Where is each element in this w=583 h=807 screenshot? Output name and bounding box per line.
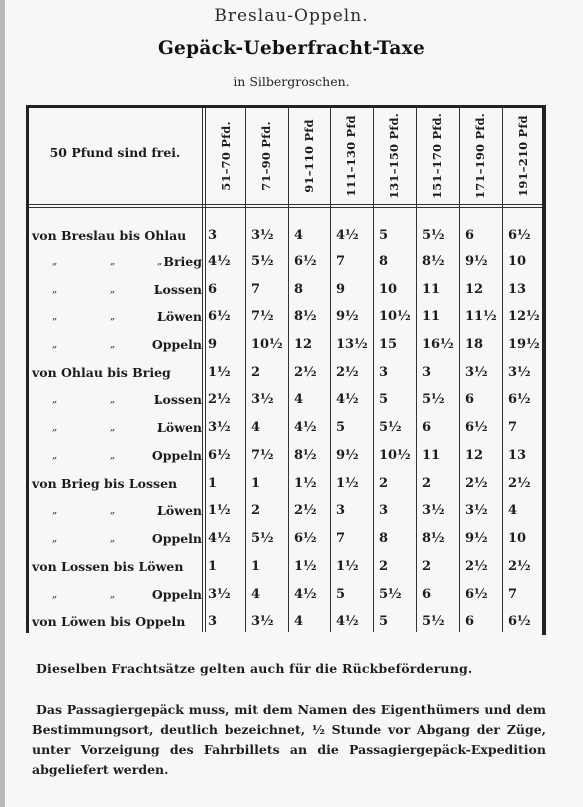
column-header: 191–210 Pfd	[503, 109, 543, 203]
page-edge-shadow	[0, 0, 5, 807]
ditto-mark: „	[110, 389, 115, 411]
rate-cell: 5½	[422, 611, 445, 633]
rate-cell: 3	[379, 362, 388, 384]
rate-cell: 2½	[465, 556, 488, 578]
table-row: von Ohlau bis Brieg1½22½2½333½3½	[29, 362, 542, 384]
rate-cell: 12	[465, 279, 483, 301]
column-header-label: 151–170 Pfd.	[430, 113, 444, 199]
rate-cell: 4	[251, 417, 260, 439]
column-header-label: 191–210 Pfd	[516, 115, 530, 197]
ditto-mark: „	[110, 306, 115, 328]
rate-cell: 4	[508, 500, 517, 522]
route-label: „„„Oppeln	[32, 334, 202, 356]
rate-cell: 10½	[379, 306, 411, 328]
rate-cell: 8½	[422, 528, 445, 550]
rate-cell: 2½	[294, 500, 317, 522]
rate-cell: 16½	[422, 334, 454, 356]
rate-cell: 2½	[508, 473, 531, 495]
table-border-top	[26, 105, 546, 108]
rate-cell: 6½	[294, 251, 317, 273]
ditto-mark: „	[52, 334, 57, 356]
column-header-label: 131–150 Pfd.	[387, 113, 401, 199]
ditto-mark: „	[110, 584, 115, 606]
rate-cell: 10½	[251, 334, 283, 356]
rate-cell: 10	[508, 251, 526, 273]
rate-cell: 3	[208, 611, 217, 633]
rate-cell: 5	[336, 584, 345, 606]
ditto-mark: „	[52, 417, 57, 439]
rate-cell: 1	[208, 473, 217, 495]
tariff-title: Gepäck-Ueberfracht-Taxe	[0, 38, 583, 59]
rate-cell: 4½	[208, 528, 231, 550]
rate-cell: 6	[465, 611, 474, 633]
column-header: 131–150 Pfd.	[374, 109, 414, 203]
rate-cell: 11	[422, 306, 440, 328]
rate-cell: 1½	[336, 473, 359, 495]
rate-cell: 7	[508, 584, 517, 606]
rate-cell: 3½	[208, 584, 231, 606]
rate-cell: 8	[379, 528, 388, 550]
table-row: „„„Löwen1½22½333½3½4	[29, 500, 542, 522]
return-rates-note: Dieselben Frachtsätze gelten auch für di…	[36, 661, 556, 676]
rate-cell: 3	[208, 225, 217, 247]
rate-cell: 9½	[336, 445, 359, 467]
rate-cell: 10	[379, 279, 397, 301]
rate-cell: 6	[422, 417, 431, 439]
route-destination: Oppeln	[152, 584, 202, 606]
rate-cell: 3½	[422, 500, 445, 522]
rate-cell: 4½	[294, 417, 317, 439]
column-header-label: 111–130 Pfd	[344, 115, 358, 197]
rate-cell: 2	[422, 473, 431, 495]
luggage-rule-note: Das Passagiergepäck muss, mit dem Namen …	[32, 700, 546, 780]
rate-cell: 9½	[336, 306, 359, 328]
rate-cell: 13½	[336, 334, 368, 356]
rate-cell: 1	[251, 556, 260, 578]
rate-cell: 12	[465, 445, 483, 467]
rate-cell: 5½	[251, 528, 274, 550]
rate-cell: 6½	[208, 306, 231, 328]
table-row: von Brieg bis Lossen111½1½222½2½	[29, 473, 542, 495]
route-origin-destination: von Ohlau bis Brieg	[32, 365, 171, 380]
ditto-mark: „	[110, 417, 115, 439]
currency-note: in Silbergroschen.	[0, 74, 583, 89]
column-header-label: 171–190 Pfd.	[473, 113, 487, 199]
rate-cell: 10½	[379, 445, 411, 467]
route-origin-destination: von Breslau bis Ohlau	[32, 228, 186, 243]
rate-cell: 7	[508, 417, 517, 439]
header-divider	[29, 204, 542, 208]
rate-cell: 11½	[465, 306, 497, 328]
rate-cell: 1½	[336, 556, 359, 578]
column-header-label: 91–110 Pfd	[302, 119, 316, 192]
table-row: „„„Löwen3½44½55½66½7	[29, 417, 542, 439]
table-row: „„„Oppeln910½1213½1516½1819½	[29, 334, 542, 356]
rate-cell: 6½	[208, 445, 231, 467]
ditto-mark: „	[52, 389, 57, 411]
route-destination: Lossen	[154, 389, 202, 411]
ditto-mark: „	[157, 251, 162, 273]
rate-cell: 3½	[251, 389, 274, 411]
rate-cell: 8½	[294, 306, 317, 328]
rate-cell: 4	[251, 584, 260, 606]
ditto-mark: „	[52, 251, 57, 273]
route-label: „„„Brieg	[32, 251, 202, 273]
rate-cell: 4	[294, 611, 303, 633]
free-allowance-label: 50 Pfund sind frei.	[29, 145, 201, 160]
rate-cell: 3	[422, 362, 431, 384]
rate-cell: 1½	[294, 556, 317, 578]
ditto-mark: „	[52, 528, 57, 550]
ditto-mark: „	[110, 528, 115, 550]
route-destination: Lossen	[154, 279, 202, 301]
ditto-mark: „	[110, 251, 115, 273]
rate-cell: 11	[422, 445, 440, 467]
rate-cell: 2	[379, 556, 388, 578]
rate-cell: 4½	[208, 251, 231, 273]
column-header: 71–90 Pfd.	[246, 109, 286, 203]
ditto-mark: „	[52, 584, 57, 606]
rate-cell: 4½	[294, 584, 317, 606]
rate-cell: 5½	[422, 389, 445, 411]
rate-cell: 7½	[251, 306, 274, 328]
route-origin-destination: von Lossen bis Löwen	[32, 559, 183, 574]
rate-cell: 7	[336, 528, 345, 550]
table-row: „„„Lossen2½3½44½55½66½	[29, 389, 542, 411]
route-destination: Oppeln	[152, 445, 202, 467]
rate-cell: 8	[379, 251, 388, 273]
rate-cell: 1	[208, 556, 217, 578]
ditto-mark: „	[52, 445, 57, 467]
route-destination: Brieg	[163, 251, 202, 273]
rate-cell: 7	[336, 251, 345, 273]
table-row: von Breslau bis Ohlau33½44½55½66½	[29, 225, 542, 247]
rate-cell: 2½	[508, 556, 531, 578]
table-row: „„„Oppeln3½44½55½66½7	[29, 584, 542, 606]
rate-cell: 5	[379, 389, 388, 411]
rate-cell: 10	[508, 528, 526, 550]
table-row: von Löwen bis Oppeln33½44½55½66½	[29, 611, 542, 633]
rate-cell: 6½	[294, 528, 317, 550]
column-header: 51–70 Pfd.	[206, 109, 246, 203]
rate-cell: 6	[422, 584, 431, 606]
route-title: Breslau-Oppeln.	[0, 6, 583, 26]
rate-cell: 2	[379, 473, 388, 495]
ditto-mark: „	[52, 500, 57, 522]
column-header-label: 51–70 Pfd.	[219, 121, 233, 190]
rate-cell: 1½	[294, 473, 317, 495]
route-destination: Löwen	[157, 500, 202, 522]
route-destination: Oppeln	[152, 528, 202, 550]
rate-cell: 15	[379, 334, 397, 356]
column-header: 111–130 Pfd	[331, 109, 371, 203]
rate-cell: 8½	[422, 251, 445, 273]
rate-cell: 2	[251, 362, 260, 384]
rate-cell: 9½	[465, 251, 488, 273]
rate-cell: 8	[294, 279, 303, 301]
rate-cell: 4½	[336, 611, 359, 633]
table-row: „„„Löwen6½7½8½9½10½1111½12½	[29, 306, 542, 328]
route-label: „„„Lossen	[32, 389, 202, 411]
table-row: „„„Oppeln6½7½8½9½10½111213	[29, 445, 542, 467]
route-label: von Löwen bis Oppeln	[32, 611, 202, 633]
column-header: 171–190 Pfd.	[460, 109, 500, 203]
rate-cell: 5	[379, 225, 388, 247]
rate-cell: 2½	[465, 473, 488, 495]
rate-cell: 6½	[508, 225, 531, 247]
rate-cell: 6	[465, 225, 474, 247]
rate-cell: 3½	[508, 362, 531, 384]
route-label: „„„Lossen	[32, 279, 202, 301]
rate-cell: 2	[251, 500, 260, 522]
rate-cell: 2½	[208, 389, 231, 411]
route-destination: Oppeln	[152, 334, 202, 356]
route-label: „„„Oppeln	[32, 445, 202, 467]
route-label: „„„Oppeln	[32, 528, 202, 550]
rate-cell: 6	[465, 389, 474, 411]
table-row: „„„Brieg4½5½6½788½9½10	[29, 251, 542, 273]
rate-cell: 6½	[508, 389, 531, 411]
rate-cell: 6½	[508, 611, 531, 633]
ditto-mark: „	[110, 279, 115, 301]
rate-cell: 12	[294, 334, 312, 356]
rate-cell: 3½	[465, 500, 488, 522]
column-header: 91–110 Pfd	[289, 109, 329, 203]
column-header-label: 71–90 Pfd.	[259, 121, 273, 190]
rate-cell: 6½	[465, 417, 488, 439]
rate-cell: 5	[336, 417, 345, 439]
rate-cell: 7½	[251, 445, 274, 467]
route-destination: Löwen	[157, 306, 202, 328]
rate-cell: 8½	[294, 445, 317, 467]
rate-cell: 19½	[508, 334, 540, 356]
rate-cell: 4	[294, 389, 303, 411]
table-row: „„„Lossen678910111213	[29, 279, 542, 301]
ditto-mark: „	[110, 445, 115, 467]
rate-cell: 1½	[208, 500, 231, 522]
rate-cell: 4½	[336, 225, 359, 247]
rate-cell: 3½	[465, 362, 488, 384]
ditto-mark: „	[110, 500, 115, 522]
table-row: von Lossen bis Löwen111½1½222½2½	[29, 556, 542, 578]
rate-cell: 5½	[379, 417, 402, 439]
route-label: „„„Löwen	[32, 417, 202, 439]
ditto-mark: „	[52, 279, 57, 301]
route-destination: Löwen	[157, 417, 202, 439]
rate-cell: 3½	[251, 225, 274, 247]
route-label: „„„Löwen	[32, 500, 202, 522]
rate-cell: 3½	[208, 417, 231, 439]
route-label: „„„Oppeln	[32, 584, 202, 606]
ditto-mark: „	[52, 306, 57, 328]
route-label: von Brieg bis Lossen	[32, 473, 202, 495]
rate-cell: 7	[251, 279, 260, 301]
rate-cell: 9	[336, 279, 345, 301]
route-label: von Ohlau bis Brieg	[32, 362, 202, 384]
rate-cell: 5	[379, 611, 388, 633]
rate-cell: 2½	[336, 362, 359, 384]
ditto-mark: „	[110, 334, 115, 356]
route-origin-destination: von Löwen bis Oppeln	[32, 614, 185, 629]
column-header: 151–170 Pfd.	[417, 109, 457, 203]
rate-cell: 6½	[465, 584, 488, 606]
route-origin-destination: von Brieg bis Lossen	[32, 476, 177, 491]
rate-cell: 4½	[336, 389, 359, 411]
rate-cell: 6	[208, 279, 217, 301]
table-row: „„„Oppeln4½5½6½788½9½10	[29, 528, 542, 550]
rate-cell: 2	[422, 556, 431, 578]
rate-cell: 1	[251, 473, 260, 495]
tariff-table: 50 Pfund sind frei. 51–70 Pfd. 71–90 Pfd…	[26, 105, 546, 658]
rate-cell: 3	[336, 500, 345, 522]
route-label: „„„Löwen	[32, 306, 202, 328]
rate-cell: 13	[508, 445, 526, 467]
rate-cell: 9½	[465, 528, 488, 550]
rate-cell: 5½	[379, 584, 402, 606]
rate-cell: 13	[508, 279, 526, 301]
route-label: von Lossen bis Löwen	[32, 556, 202, 578]
route-label: von Breslau bis Ohlau	[32, 225, 202, 247]
rate-cell: 9	[208, 334, 217, 356]
rate-cell: 3½	[251, 611, 274, 633]
rate-cell: 5½	[251, 251, 274, 273]
rate-cell: 12½	[508, 306, 540, 328]
rate-cell: 1½	[208, 362, 231, 384]
rate-cell: 5½	[422, 225, 445, 247]
rate-cell: 2½	[294, 362, 317, 384]
rate-cell: 11	[422, 279, 440, 301]
rate-cell: 4	[294, 225, 303, 247]
rate-cell: 18	[465, 334, 483, 356]
rate-cell: 3	[379, 500, 388, 522]
